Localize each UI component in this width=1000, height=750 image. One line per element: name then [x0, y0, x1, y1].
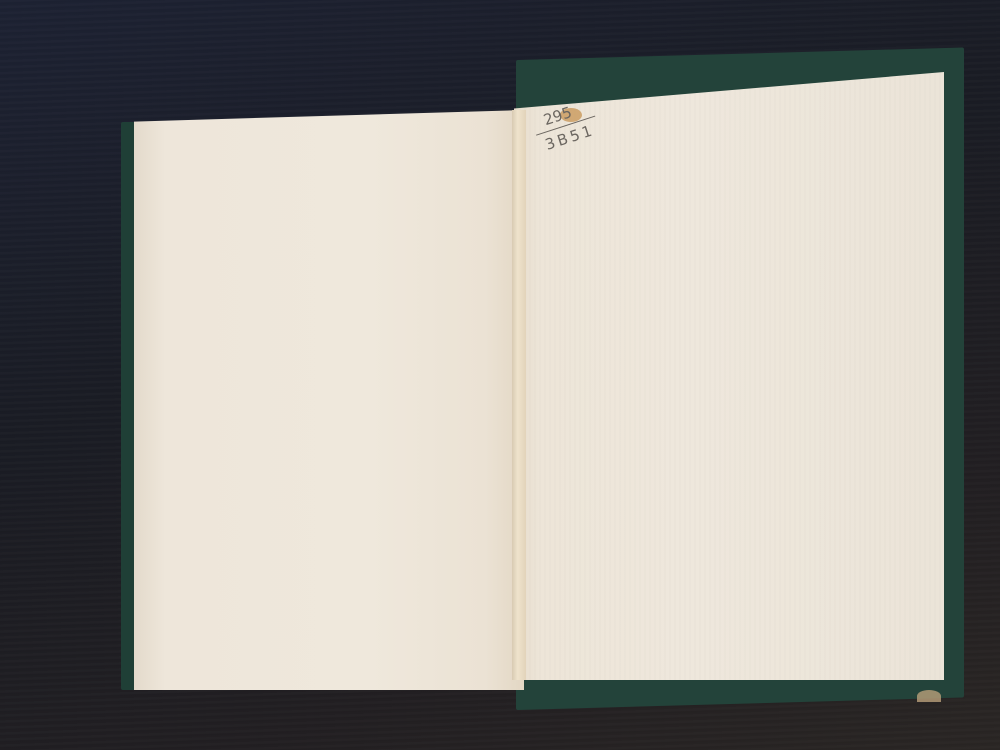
book-gutter: [512, 110, 526, 680]
stain-mark: [917, 690, 941, 702]
notation-top: 295: [541, 103, 574, 129]
blank-page-left: [134, 110, 524, 690]
blank-page-right: [514, 72, 944, 680]
